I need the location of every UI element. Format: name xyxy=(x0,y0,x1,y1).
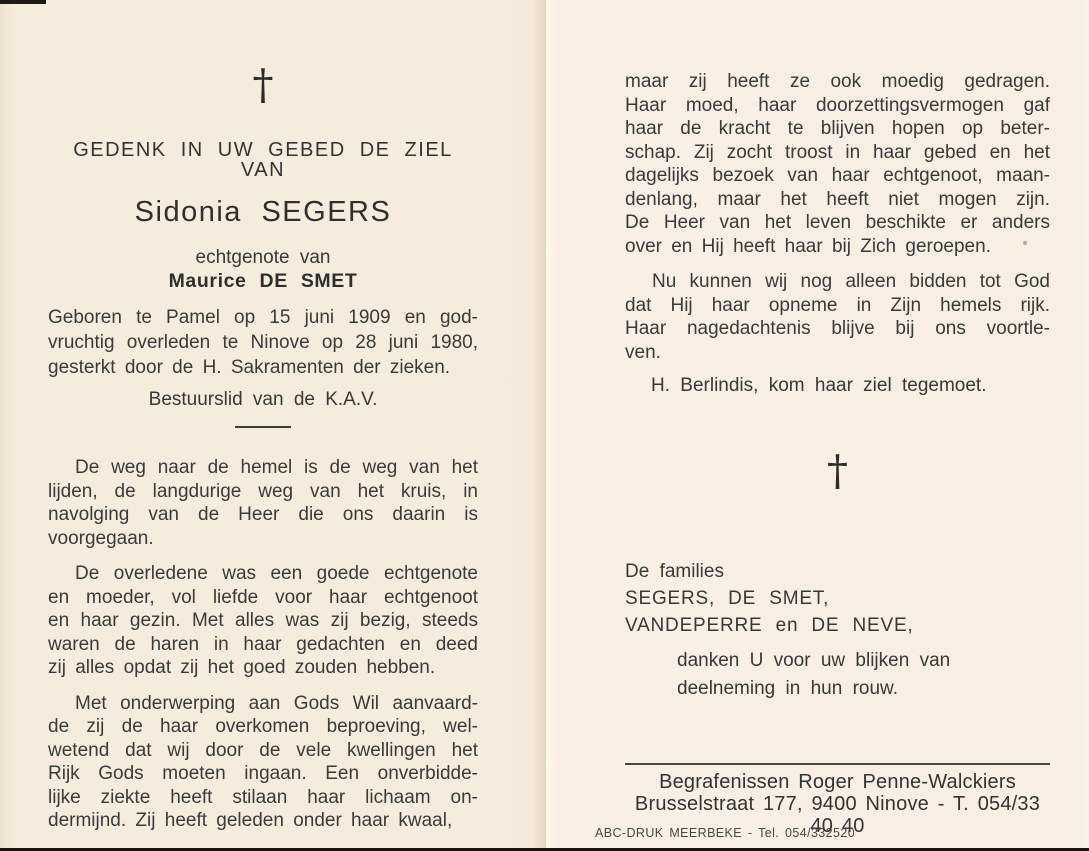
text-line: De weg naar de hemel is de weg van het xyxy=(48,456,478,480)
text-line: zij alles opdat zij het goed zouden hebb… xyxy=(48,656,478,680)
membership-line: Bestuurslid van de K.A.V. xyxy=(48,390,478,410)
family-names-line: VANDEPERRE en DE NEVE, xyxy=(625,612,1050,639)
page-left: † GEDENK IN UW GEBED DE ZIEL VAN Sidonia… xyxy=(0,0,547,851)
families-block: De families SEGERS, DE SMET, VANDEPERRE … xyxy=(625,558,1050,639)
text-line: de zij de haar overkomen beproeving, wel… xyxy=(48,715,478,739)
paragraph-prayer: Nu kunnen wij nog alleen bidden tot Godd… xyxy=(625,270,1050,364)
text-line: over en Hij heeft haar bij Zich geroepen… xyxy=(625,235,1050,259)
divider-rule xyxy=(235,426,291,428)
paragraph-good-wife: De overledene was een goede echtgenoteen… xyxy=(48,562,478,680)
page-right-content: maar zij heeft ze ook moedig gedragen.Ha… xyxy=(625,0,1050,703)
fold-line xyxy=(546,0,548,851)
printer-credit: ABC-DRUK MEERBEKE - Tel. 054/332520 xyxy=(595,826,855,840)
text-line: dermijnd. Zij heeft geleden onder haar k… xyxy=(48,809,478,833)
text-line: Rijk Gods moeten ingaan. Een onverbidde- xyxy=(48,762,478,786)
text-line: lijke ziekte heeft stilaan haar lichaam … xyxy=(48,786,478,810)
text-line: navolging van de Heer die ons daarin is xyxy=(48,503,478,527)
birth-death-paragraph: Geboren te Pamel op 15 juni 1909 en god-… xyxy=(48,305,478,380)
text-line: De overledene was een goede echtgenote xyxy=(48,562,478,586)
paragraph-courage: maar zij heeft ze ook moedig gedragen.Ha… xyxy=(625,70,1050,258)
text-line: voorgegaan. xyxy=(48,527,478,551)
text-line: haar de kracht te blijven hopen op beter… xyxy=(625,117,1050,141)
family-names-line: SEGERS, DE SMET, xyxy=(625,585,1050,612)
fold-shadow xyxy=(533,0,547,851)
text-line: Haar moed, haar doorzettingsvermogen gaf xyxy=(625,94,1050,118)
text-line: vruchtig overleden te Ninove op 28 juni … xyxy=(48,330,478,355)
paragraph-way-to-heaven: De weg naar de hemel is de weg van hetli… xyxy=(48,456,478,550)
cross-icon: † xyxy=(625,448,1050,494)
memorial-header: GEDENK IN UW GEBED DE ZIEL VAN xyxy=(48,140,478,180)
families-intro: De families xyxy=(625,558,1050,585)
text-line: Met onderwerping aan Gods Wil aanvaard- xyxy=(48,692,478,716)
text-line: Geboren te Pamel op 15 juni 1909 en god- xyxy=(48,305,478,330)
text-line: maar zij heeft ze ook moedig gedragen. xyxy=(625,70,1050,94)
text-line: dagelijks bezoek van haar echtgenoot, ma… xyxy=(625,164,1050,188)
text-line: Nu kunnen wij nog alleen bidden tot God xyxy=(625,270,1050,294)
text-line: ven. xyxy=(625,341,1050,365)
thanks-line: danken U voor uw blijken van xyxy=(677,647,1050,675)
invocation-line: H. Berlindis, kom haar ziel tegemoet. xyxy=(625,374,1050,398)
cross-icon: † xyxy=(48,62,478,108)
relation-label: echtgenote van xyxy=(48,248,478,268)
page-left-content: † GEDENK IN UW GEBED DE ZIEL VAN Sidonia… xyxy=(48,0,478,833)
funeral-home-name: Begrafenissen Roger Penne-Walckiers xyxy=(625,771,1050,793)
text-line: dat Hij haar opneme in Zijn hemels rijk. xyxy=(625,294,1050,318)
thanks-block: danken U voor uw blijken van deelneming … xyxy=(625,647,1050,703)
paragraph-submission: Met onderwerping aan Gods Wil aanvaard-d… xyxy=(48,692,478,833)
text-line: lijden, de langdurige weg van het kruis,… xyxy=(48,480,478,504)
text-line: schap. Zij zocht troost in haar gebed en… xyxy=(625,141,1050,165)
text-line: De Heer van het leven beschikte er ander… xyxy=(625,211,1050,235)
text-line: en haar gezin. Met alles was zij bezig, … xyxy=(48,609,478,633)
memorial-card-scan: † GEDENK IN UW GEBED DE ZIEL VAN Sidonia… xyxy=(0,0,1089,851)
spouse-name: Maurice DE SMET xyxy=(48,270,478,292)
text-line: en moeder, vol liefde voor haar echtgeno… xyxy=(48,586,478,610)
text-line: wetend dat wij door de vele kwellingen h… xyxy=(48,739,478,763)
text-line: Haar nagedachtenis blijve bij ons voortl… xyxy=(625,317,1050,341)
text-line: gesterkt door de H. Sakramenten der ziek… xyxy=(48,355,478,380)
scan-edge-top xyxy=(0,0,46,4)
text-line: waren de haren in haar gedachten en deed xyxy=(48,633,478,657)
deceased-name: Sidonia SEGERS xyxy=(48,196,478,228)
text-line: denlang, maar het heeft niet mogen zijn. xyxy=(625,188,1050,212)
page-right: maar zij heeft ze ook moedig gedragen.Ha… xyxy=(547,0,1089,851)
paper-speck xyxy=(1023,241,1027,245)
thanks-line: deelneming in hun rouw. xyxy=(677,675,1050,703)
